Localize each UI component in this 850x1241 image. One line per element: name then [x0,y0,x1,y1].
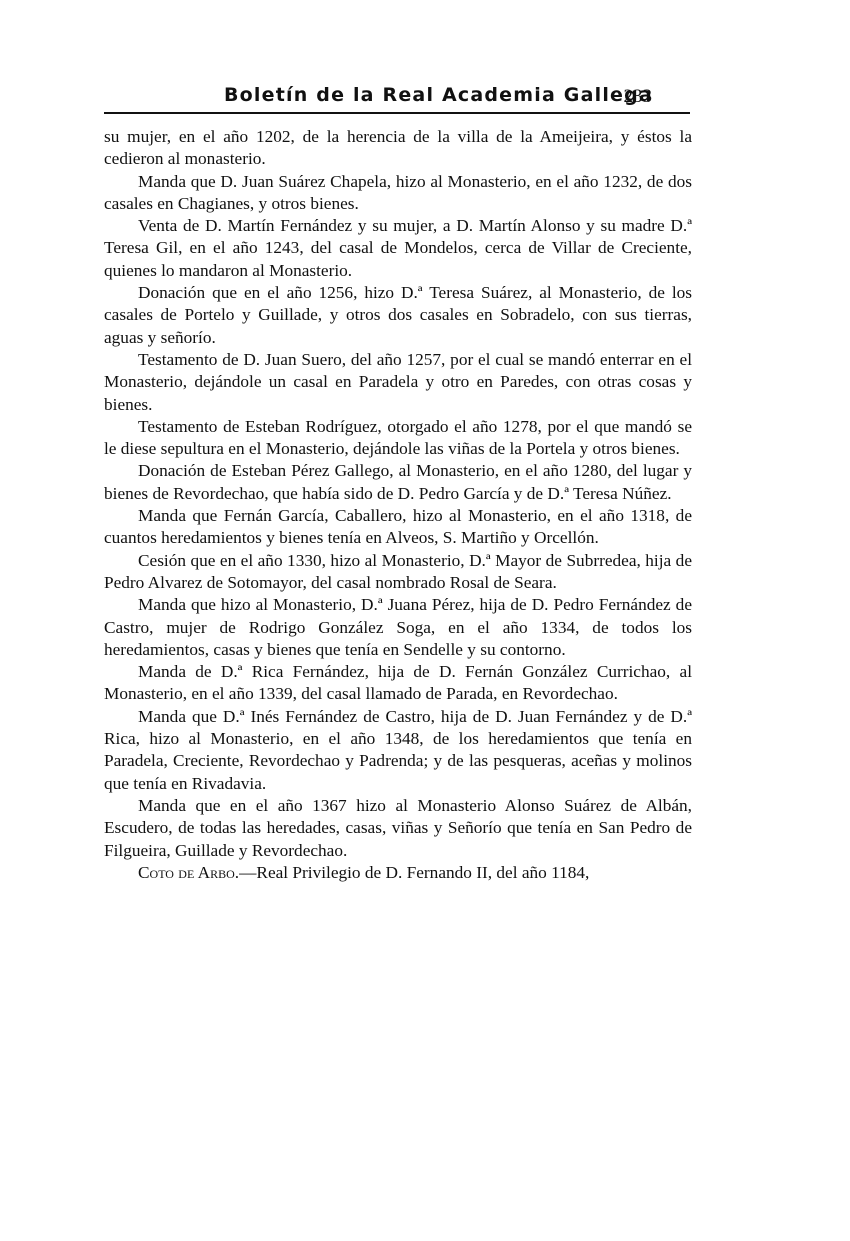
paragraph: su mujer, en el año 1202, de la herencia… [104,126,692,171]
paragraph: Manda de D.ª Rica Fernández, hija de D. … [104,661,692,706]
body-text: su mujer, en el año 1202, de la herencia… [104,126,692,884]
document-page: Boletín de la Real Academia Gallega 233 … [0,0,850,1241]
paragraph: Testamento de D. Juan Suero, del año 125… [104,349,692,416]
section-lead-smallcaps: Coto de Arbo. [138,863,239,882]
paragraph: Testamento de Esteban Rodríguez, otorgad… [104,416,692,461]
paragraph: Manda que D.ª Inés Fernández de Castro, … [104,706,692,795]
header-rule [104,112,690,114]
page-number: 233 [624,86,653,108]
paragraph: Manda que Fernán García, Caballero, hizo… [104,505,692,550]
running-title: Boletín de la Real Academia Gallega [224,84,653,106]
paragraph: Manda que hizo al Monasterio, D.ª Juana … [104,594,692,661]
paragraph-text: —Real Privilegio de D. Fernando II, del … [239,863,589,882]
paragraph: Manda que en el año 1367 hizo al Monaste… [104,795,692,862]
paragraph: Donación de Esteban Pérez Gallego, al Mo… [104,460,692,505]
paragraph: Manda que D. Juan Suárez Chapela, hizo a… [104,171,692,216]
paragraph-coto-de-arbo: Coto de Arbo.—Real Privilegio de D. Fern… [104,862,692,884]
paragraph: Cesión que en el año 1330, hizo al Monas… [104,550,692,595]
paragraph: Venta de D. Martín Fernández y su mujer,… [104,215,692,282]
running-head: Boletín de la Real Academia Gallega 233 [104,84,684,110]
paragraph: Donación que en el año 1256, hizo D.ª Te… [104,282,692,349]
